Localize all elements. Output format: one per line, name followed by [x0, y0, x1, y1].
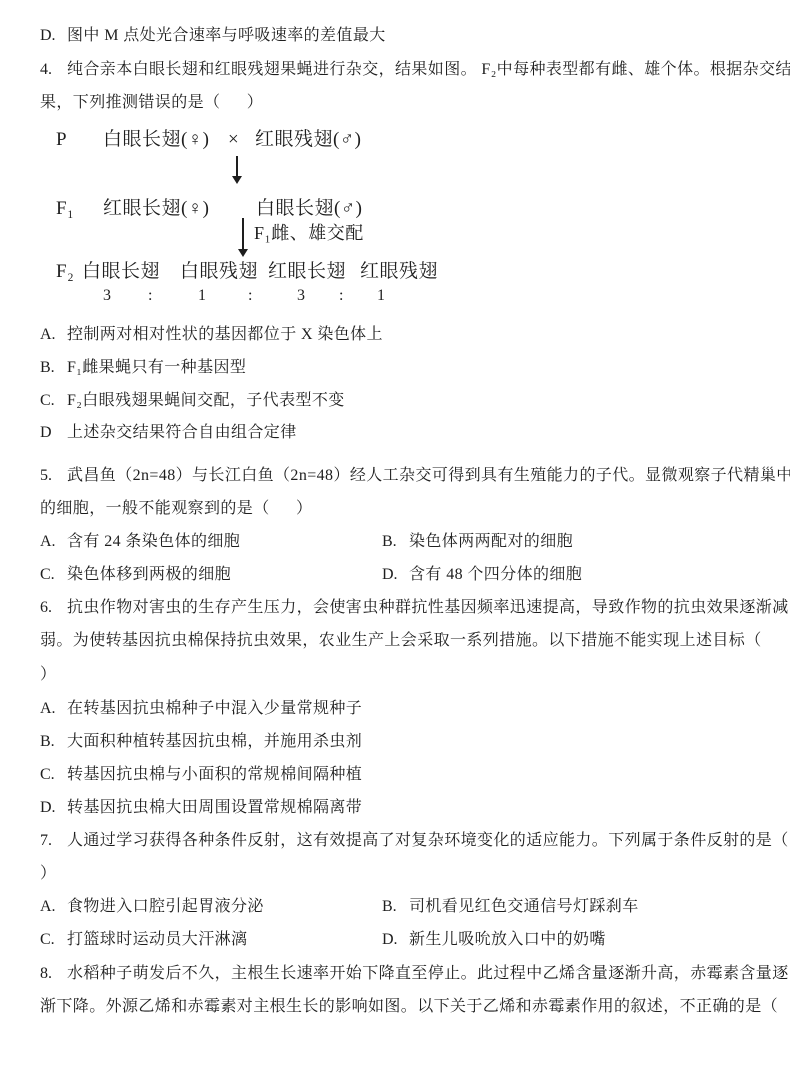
option-letter: A.: [40, 897, 67, 917]
option-letter: C.: [40, 930, 67, 950]
question-number: 7.: [40, 831, 67, 851]
option-text: 上述杂交结果符合自由组合定律: [67, 424, 297, 441]
q5-option-d: D.含有 48 个四分体的细胞: [382, 565, 582, 585]
q7-stem-line-2: ）: [40, 864, 56, 884]
f2-ratio-value: 3: [103, 286, 111, 305]
down-arrow-icon: [237, 218, 249, 257]
f2-ratio-colon: :: [148, 286, 152, 305]
f1-female-phenotype: 红眼长翅(♀): [103, 197, 209, 220]
question-number: 8.: [40, 964, 67, 984]
q6-option-a: A.在转基因抗虫棉种子中混入少量常规种子: [40, 699, 362, 719]
f2-phenotype: 红眼残翅: [360, 260, 438, 283]
option-letter: A.: [40, 532, 67, 552]
option-letter: B.: [382, 897, 409, 917]
q6-option-d: D.转基因抗虫棉大田周围设置常规棉隔离带: [40, 798, 362, 818]
option-letter: D.: [382, 565, 409, 585]
q4-stem-line-2: 果，下列推测错误的是（ ）: [40, 93, 263, 113]
option-letter: B.: [382, 532, 409, 552]
option-text: 食物进入口腔引起胃液分泌: [67, 898, 264, 915]
stem-text: 水稻种子萌发后不久，主根生长速率开始下降直至停止。此过程中乙烯含量逐渐升高，赤霉…: [67, 965, 789, 982]
f2-ratio-colon: :: [339, 286, 343, 305]
q4-option-d: D上述杂交结果符合自由组合定律: [40, 423, 297, 443]
down-arrow-icon: [231, 156, 243, 184]
f2-ratio-value: 1: [377, 286, 385, 305]
f1-male-phenotype: 白眼长翅(♂): [256, 197, 362, 220]
option-text: 新生儿吸吮放入口中的奶嘴: [409, 931, 606, 948]
option-text: F₂白眼残翅果蝇间交配，子代表型不变: [67, 392, 345, 409]
q7-option-a: A.食物进入口腔引起胃液分泌: [40, 897, 264, 917]
prev-question-option-d: D.图中 M 点处光合速率与呼吸速率的差值最大: [40, 26, 386, 46]
stem-text: 武昌鱼（2n=48）与长江白鱼（2n=48）经人工杂交可得到具有生殖能力的子代。…: [67, 467, 790, 484]
option-text: 图中 M 点处光合速率与呼吸速率的差值最大: [67, 27, 386, 44]
q4-option-c: C.F₂白眼残翅果蝇间交配，子代表型不变: [40, 391, 345, 411]
q6-option-c: C.转基因抗虫棉与小面积的常规棉间隔种植: [40, 765, 362, 785]
q6-stem-line-1: 6.抗虫作物对害虫的生存产生压力，会使害虫种群抗性基因频率迅速提高，导致作物的抗…: [40, 598, 789, 618]
q6-stem-line-2: 弱。为使转基因抗虫棉保持抗虫效果，农业生产上会采取一系列措施。以下措施不能实现上…: [40, 631, 762, 651]
q5-option-b: B.染色体两两配对的细胞: [382, 532, 573, 552]
q6-stem-line-3: ）: [40, 665, 56, 685]
q5-stem-line-1: 5.武昌鱼（2n=48）与长江白鱼（2n=48）经人工杂交可得到具有生殖能力的子…: [40, 466, 790, 486]
q7-option-c: C.打篮球时运动员大汗淋漓: [40, 930, 247, 950]
option-text: 大面积种植转基因抗虫棉，并施用杀虫剂: [67, 733, 362, 750]
question-number: 5.: [40, 466, 67, 486]
f2-ratio-colon: :: [248, 286, 252, 305]
option-letter: C.: [40, 565, 67, 585]
p-male-phenotype: 红眼残翅(♂): [255, 128, 361, 151]
q7-stem-line-1: 7.人通过学习获得各种条件反射，这有效提高了对复杂环境变化的适应能力。下列属于条…: [40, 831, 789, 851]
option-letter: D: [40, 423, 67, 443]
f2-phenotype: 白眼残翅: [180, 260, 258, 283]
option-letter: A.: [40, 699, 67, 719]
stem-text: 纯合亲本白眼长翅和红眼残翅果蝇进行杂交，结果如图。 F₂中每种表型都有雌、雄个体…: [67, 61, 790, 78]
f2-phenotype: 白眼长翅: [82, 260, 160, 283]
option-text: 转基因抗虫棉大田周围设置常规棉隔离带: [67, 799, 362, 816]
q5-option-a: A.含有 24 条染色体的细胞: [40, 532, 240, 552]
option-text: 转基因抗虫棉与小面积的常规棉间隔种植: [67, 766, 362, 783]
stem-text: 人通过学习获得各种条件反射，这有效提高了对复杂环境变化的适应能力。下列属于条件反…: [67, 832, 789, 849]
option-text: 含有 48 个四分体的细胞: [409, 566, 582, 583]
option-letter: D.: [40, 798, 67, 818]
stem-text: 的细胞，一般不能观察到的是（ ）: [40, 500, 312, 517]
f1-generation-label: F₁: [56, 197, 74, 220]
q8-stem-line-1: 8.水稻种子萌发后不久，主根生长速率开始下降直至停止。此过程中乙烯含量逐渐升高，…: [40, 964, 789, 984]
q7-option-b: B.司机看见红色交通信号灯踩刹车: [382, 897, 639, 917]
option-letter: B.: [40, 358, 67, 378]
f2-ratio-value: 3: [297, 286, 305, 305]
p-generation-label: P: [56, 128, 67, 151]
option-text: 司机看见红色交通信号灯踩刹车: [409, 898, 639, 915]
option-text: 染色体移到两极的细胞: [67, 566, 231, 583]
option-letter: B.: [40, 732, 67, 752]
option-letter: C.: [40, 391, 67, 411]
option-text: 染色体两两配对的细胞: [409, 533, 573, 550]
stem-text: 弱。为使转基因抗虫棉保持抗虫效果，农业生产上会采取一系列措施。以下措施不能实现上…: [40, 632, 762, 649]
exam-paper-page: D.图中 M 点处光合速率与呼吸速率的差值最大 4.纯合亲本白眼长翅和红眼残翅果…: [0, 0, 790, 1085]
f1-mating-note: F₁雌、雄交配: [254, 222, 364, 244]
option-text: 含有 24 条染色体的细胞: [67, 533, 240, 550]
q4-option-a: A.控制两对相对性状的基因都位于 X 染色体上: [40, 325, 383, 345]
q5-stem-line-2: 的细胞，一般不能观察到的是（ ）: [40, 499, 312, 519]
q4-option-b: B.F₁雌果蝇只有一种基因型: [40, 358, 246, 378]
f2-phenotype: 红眼长翅: [268, 260, 346, 283]
question-number: 6.: [40, 598, 67, 618]
q5-option-c: C.染色体移到两极的细胞: [40, 565, 231, 585]
option-letter: A.: [40, 325, 67, 345]
question-number: 4.: [40, 60, 67, 80]
option-letter: C.: [40, 765, 67, 785]
f2-generation-label: F₂: [56, 260, 74, 283]
option-text: F₁雌果蝇只有一种基因型: [67, 359, 246, 376]
option-text: 打篮球时运动员大汗淋漓: [67, 931, 247, 948]
option-letter: D.: [40, 26, 67, 46]
q7-option-d: D.新生儿吸吮放入口中的奶嘴: [382, 930, 606, 950]
option-text: 在转基因抗虫棉种子中混入少量常规种子: [67, 700, 362, 717]
stem-text: ）: [40, 865, 56, 882]
stem-text: 果，下列推测错误的是（ ）: [40, 94, 263, 111]
p-female-phenotype: 白眼长翅(♀): [103, 128, 209, 151]
option-text: 控制两对相对性状的基因都位于 X 染色体上: [67, 326, 383, 343]
f2-ratio-value: 1: [198, 286, 206, 305]
q6-option-b: B.大面积种植转基因抗虫棉，并施用杀虫剂: [40, 732, 362, 752]
stem-text: ）: [40, 666, 56, 683]
q8-stem-line-2: 渐下降。外源乙烯和赤霉素对主根生长的影响如图。以下关于乙烯和赤霉素作用的叙述，不…: [40, 997, 778, 1017]
option-letter: D.: [382, 930, 409, 950]
stem-text: 渐下降。外源乙烯和赤霉素对主根生长的影响如图。以下关于乙烯和赤霉素作用的叙述，不…: [40, 998, 778, 1015]
cross-symbol: ×: [228, 128, 239, 151]
stem-text: 抗虫作物对害虫的生存产生压力，会使害虫种群抗性基因频率迅速提高，导致作物的抗虫效…: [67, 599, 789, 616]
q4-stem-line-1: 4.纯合亲本白眼长翅和红眼残翅果蝇进行杂交，结果如图。 F₂中每种表型都有雌、雄…: [40, 60, 790, 80]
